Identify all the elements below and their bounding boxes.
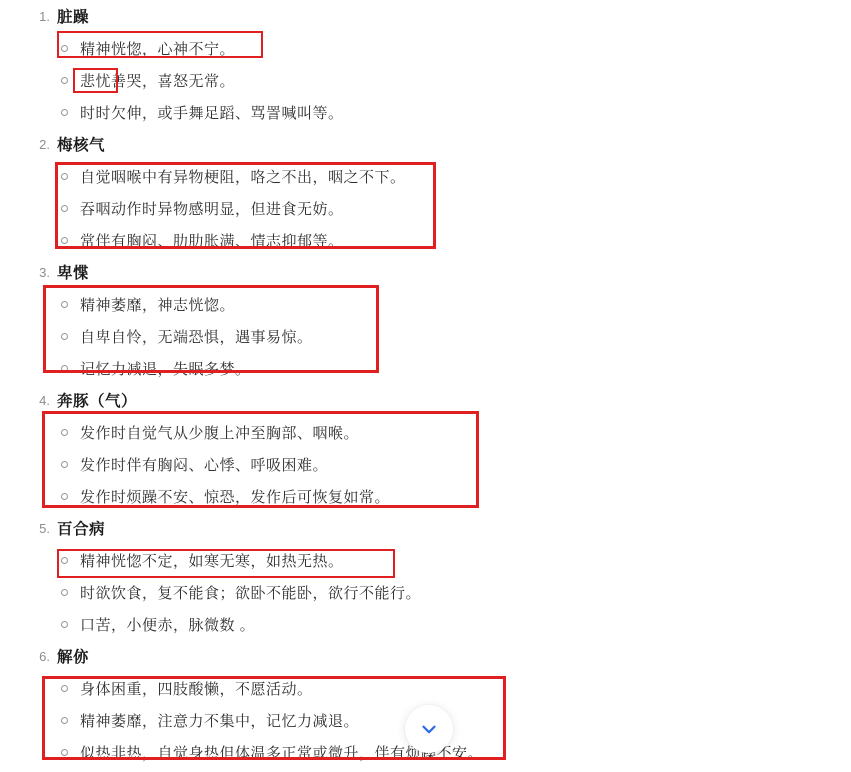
page: 1.脏躁精神恍惚，心神不宁。悲忧善哭，喜怒无常。时时欠伸，或手舞足蹈、骂詈喊叫等…: [0, 0, 851, 772]
bullet-item: 时欲饮食，复不能食；欲卧不能卧，欲行不能行。: [0, 576, 851, 608]
bullet-item: 自觉咽喉中有异物梗阻，咯之不出，咽之不下。: [0, 160, 851, 192]
section-number: 3.: [0, 265, 50, 280]
bullet-circle-icon: [61, 429, 68, 436]
outline-section: 2.梅核气自觉咽喉中有异物梗阻，咯之不出，咽之不下。吞咽动作时异物感明显，但进食…: [0, 128, 851, 256]
bullet-circle-icon: [61, 589, 68, 596]
bullet-text: 精神恍惚不定，如寒无寒，如热无热。: [80, 550, 344, 571]
bullet-item: 精神恍惚，心神不宁。: [0, 32, 851, 64]
bullet-circle-icon: [61, 461, 68, 468]
bullet-text: 身体困重，四肢酸懒，不愿活动。: [80, 678, 313, 699]
bullet-text: 悲忧善哭，喜怒无常。: [80, 70, 235, 91]
bullet-item: 发作时伴有胸闷、心悸、呼吸困难。: [0, 448, 851, 480]
section-title: 解㑊: [57, 645, 89, 667]
section-title: 梅核气: [57, 133, 105, 155]
section-title-row: 3.卑惵: [0, 256, 851, 288]
bullet-circle-icon: [61, 749, 68, 756]
bullet-circle-icon: [61, 717, 68, 724]
section-title-row: 2.梅核气: [0, 128, 851, 160]
bullet-circle-icon: [61, 205, 68, 212]
bullet-text: 常伴有胸闷、肋肋胀满、情志抑郁等。: [80, 230, 344, 251]
bullet-text: 精神萎靡，神志恍惚。: [80, 294, 235, 315]
bullet-item: 身体困重，四肢酸懒，不愿活动。: [0, 672, 851, 704]
section-number: 4.: [0, 393, 50, 408]
section-title-row: 1.脏躁: [0, 0, 851, 32]
bullet-circle-icon: [61, 333, 68, 340]
section-title-row: 6.解㑊: [0, 640, 851, 672]
bullet-circle-icon: [61, 109, 68, 116]
bullet-item: 发作时自觉气从少腹上冲至胸部、咽喉。: [0, 416, 851, 448]
bullet-text: 记忆力减退，失眠多梦。: [80, 358, 251, 379]
bullet-item: 吞咽动作时异物感明显，但进食无妨。: [0, 192, 851, 224]
section-number: 1.: [0, 9, 50, 24]
bullet-circle-icon: [61, 493, 68, 500]
bullet-circle-icon: [61, 365, 68, 372]
outline-list: 1.脏躁精神恍惚，心神不宁。悲忧善哭，喜怒无常。时时欠伸，或手舞足蹈、骂詈喊叫等…: [0, 0, 851, 768]
bullet-circle-icon: [61, 621, 68, 628]
bullet-text: 发作时伴有胸闷、心悸、呼吸困难。: [80, 454, 328, 475]
bullet-circle-icon: [61, 557, 68, 564]
section-title: 脏躁: [57, 5, 89, 27]
section-title: 奔豚（气）: [57, 389, 137, 411]
bullet-text: 发作时自觉气从少腹上冲至胸部、咽喉。: [80, 422, 359, 443]
section-number: 2.: [0, 137, 50, 152]
section-title-row: 4.奔豚（气）: [0, 384, 851, 416]
bullet-circle-icon: [61, 173, 68, 180]
bullet-text: 发作时烦躁不安、惊恐，发作后可恢复如常。: [80, 486, 390, 507]
bullet-circle-icon: [61, 237, 68, 244]
bullet-circle-icon: [61, 685, 68, 692]
bullet-text: 自卑自怜，无端恐惧，遇事易惊。: [80, 326, 313, 347]
bullet-text: 精神萎靡，注意力不集中，记忆力减退。: [80, 710, 359, 731]
outline-section: 4.奔豚（气）发作时自觉气从少腹上冲至胸部、咽喉。发作时伴有胸闷、心悸、呼吸困难…: [0, 384, 851, 512]
bullet-circle-icon: [61, 45, 68, 52]
bullet-item: 悲忧善哭，喜怒无常。: [0, 64, 851, 96]
bullet-text: 时欲饮食，复不能食；欲卧不能卧，欲行不能行。: [80, 582, 421, 603]
section-title: 卑惵: [57, 261, 89, 283]
outline-section: 5.百合病精神恍惚不定，如寒无寒，如热无热。时欲饮食，复不能食；欲卧不能卧，欲行…: [0, 512, 851, 640]
section-title: 百合病: [57, 517, 105, 539]
bullet-text: 精神恍惚，心神不宁。: [80, 38, 235, 59]
section-number: 5.: [0, 521, 50, 536]
bullet-item: 口苦，小便赤，脉微数 。: [0, 608, 851, 640]
bullet-circle-icon: [61, 77, 68, 84]
bullet-item: 时时欠伸，或手舞足蹈、骂詈喊叫等。: [0, 96, 851, 128]
outline-section: 1.脏躁精神恍惚，心神不宁。悲忧善哭，喜怒无常。时时欠伸，或手舞足蹈、骂詈喊叫等…: [0, 0, 851, 128]
bullet-item: 记忆力减退，失眠多梦。: [0, 352, 851, 384]
scroll-down-button[interactable]: [405, 705, 453, 753]
chevron-down-icon: [418, 718, 440, 740]
bullet-text: 吞咽动作时异物感明显，但进食无妨。: [80, 198, 344, 219]
bullet-text: 口苦，小便赤，脉微数 。: [80, 614, 255, 635]
bullet-item: 发作时烦躁不安、惊恐，发作后可恢复如常。: [0, 480, 851, 512]
bullet-item: 精神萎靡，神志恍惚。: [0, 288, 851, 320]
section-number: 6.: [0, 649, 50, 664]
bullet-circle-icon: [61, 301, 68, 308]
bullet-item: 精神恍惚不定，如寒无寒，如热无热。: [0, 544, 851, 576]
bullet-text: 时时欠伸，或手舞足蹈、骂詈喊叫等。: [80, 102, 344, 123]
bullet-text: 自觉咽喉中有异物梗阻，咯之不出，咽之不下。: [80, 166, 406, 187]
bullet-item: 常伴有胸闷、肋肋胀满、情志抑郁等。: [0, 224, 851, 256]
bullet-item: 自卑自怜，无端恐惧，遇事易惊。: [0, 320, 851, 352]
outline-section: 3.卑惵精神萎靡，神志恍惚。自卑自怜，无端恐惧，遇事易惊。记忆力减退，失眠多梦。: [0, 256, 851, 384]
section-title-row: 5.百合病: [0, 512, 851, 544]
